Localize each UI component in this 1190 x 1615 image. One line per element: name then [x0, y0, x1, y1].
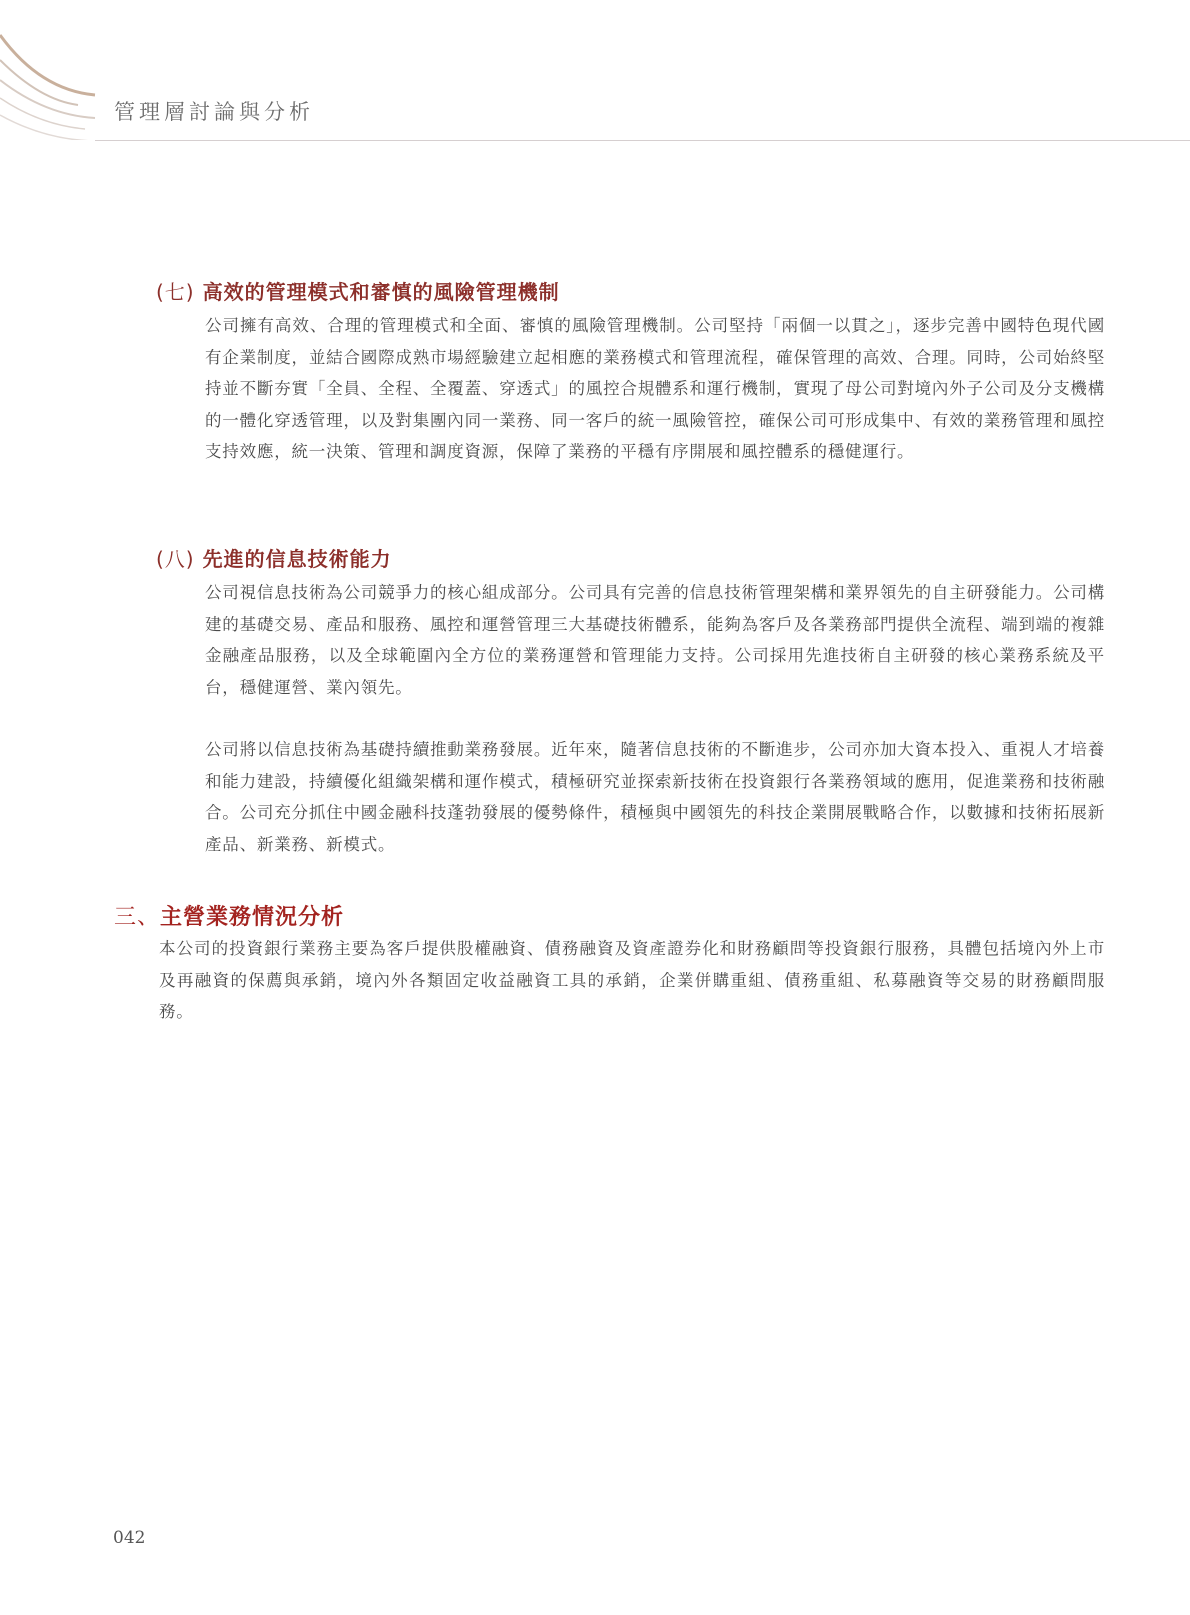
subsection-heading-7: (七) 高效的管理模式和審慎的風險管理機制 — [156, 276, 560, 305]
page-number: 042 — [113, 1528, 145, 1548]
paragraph: 公司擁有高效、合理的管理模式和全面、審慎的風險管理機制。公司堅持「兩個一以貫之」… — [205, 310, 1105, 468]
subsection-number: (七) — [156, 280, 195, 304]
subsection-title: 高效的管理模式和審慎的風險管理機制 — [203, 280, 560, 304]
paragraph: 本公司的投資銀行業務主要為客戶提供股權融資、債務融資及資產證券化和財務顧問等投資… — [159, 933, 1105, 1028]
section-heading-3: 三、主營業務情況分析 — [114, 900, 344, 931]
header-divider — [95, 140, 1190, 141]
paragraph: 公司將以信息技術為基礎持續推動業務發展。近年來，隨著信息技術的不斷進步，公司亦加… — [205, 734, 1105, 860]
decorative-arcs-icon — [0, 0, 120, 140]
section-title: 主營業務情況分析 — [160, 905, 344, 930]
subsection-number: (八) — [156, 547, 195, 571]
section-number: 三、 — [114, 905, 160, 930]
subsection-heading-8: (八) 先進的信息技術能力 — [156, 543, 392, 572]
paragraph: 公司視信息技術為公司競爭力的核心組成部分。公司具有完善的信息技術管理架構和業界領… — [205, 577, 1105, 703]
page-header-title: 管理層討論與分析 — [114, 96, 314, 126]
subsection-title: 先進的信息技術能力 — [203, 547, 392, 571]
